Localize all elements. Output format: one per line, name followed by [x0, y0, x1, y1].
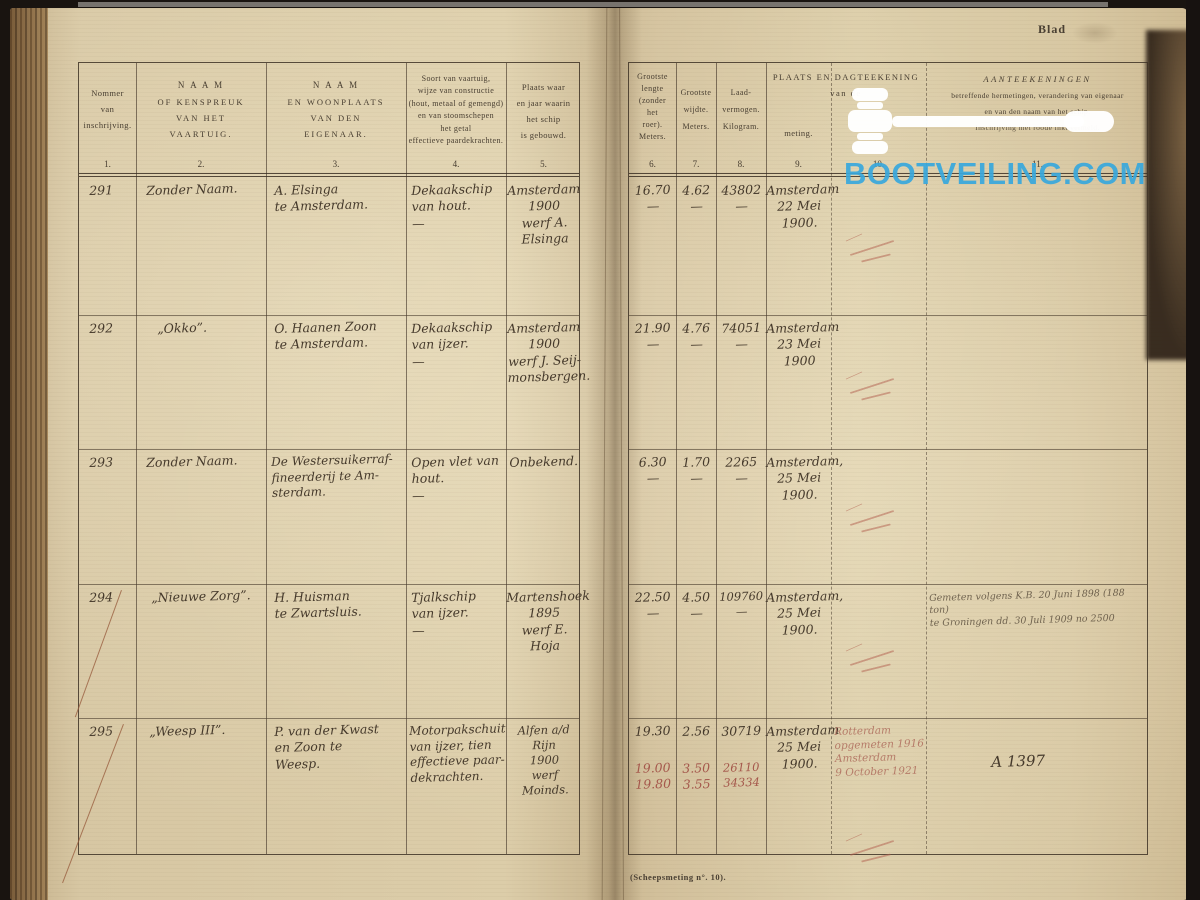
- vessel-name: „Nieuwe Zorg”.: [151, 586, 281, 606]
- row-rule: [629, 718, 1147, 719]
- load-value: 2265 —: [716, 454, 767, 488]
- vessel-type: Dekaakschip van hout. —: [411, 180, 512, 232]
- width-value: 4.50 —: [676, 589, 717, 623]
- header-col2-title: N A A M: [178, 80, 224, 90]
- row-rule: [79, 584, 579, 585]
- header-col2: OF KENSPREUK VAN HET VAARTUIG.: [157, 97, 244, 139]
- header-col7: Grootste wijdte. Meters.: [676, 85, 716, 135]
- owner: O. Haanen Zoon te Amsterdam.: [274, 317, 415, 353]
- built-place: Martenshoek 1895 werf E. Hoja: [506, 588, 583, 655]
- entry-number: 293: [89, 453, 146, 471]
- owner: De Westersuikerraf- fineerderij te Am- s…: [271, 451, 412, 502]
- row-rule: [629, 584, 1147, 585]
- blad-label: Blad: [1038, 22, 1066, 37]
- length-value: 16.70 —: [629, 182, 677, 216]
- row-rule: [79, 449, 579, 450]
- form-footer-note: (Scheepsmeting n°. 10).: [630, 872, 726, 882]
- vessel-type: Open vlet van hout. —: [411, 452, 512, 504]
- header-col3-title: N A A M: [313, 80, 359, 90]
- load-value: 43802 —: [716, 182, 767, 216]
- owner: P. van der Kwast en Zoon te Weesp.: [274, 720, 415, 773]
- measurement-place: Amsterdam, 25 Mei 1900.: [766, 588, 832, 639]
- column-number-7: 7.: [676, 159, 716, 169]
- gavel-icon: [846, 88, 1116, 158]
- entry-number: 292: [89, 319, 146, 337]
- built-place: Alfen a/d Rijn 1900 werf Moinds.: [506, 722, 583, 799]
- load-value: 30719: [716, 723, 766, 741]
- header-col4: Soort van vaartuig, wijze van constructi…: [406, 73, 506, 147]
- header-col1: Nommer van inschrijving.: [79, 85, 136, 133]
- length-value: 6.30 —: [629, 454, 677, 488]
- vessel-name: „Weesp III”.: [149, 720, 279, 740]
- load-value-red: 26110 34334: [716, 760, 767, 791]
- table-edge-highlight: [78, 2, 1108, 7]
- owner: H. Huisman te Zwartsluis.: [274, 586, 415, 622]
- built-place: Amsterdam 1900 werf A. Elsinga: [506, 181, 583, 248]
- header-col11-title: AANTEEKENINGEN: [983, 74, 1091, 84]
- vessel-type: Tjalkschip van ijzer. —: [411, 587, 512, 639]
- header-col5: Plaats waar en jaar waarin het schip is …: [506, 79, 581, 144]
- column-number-9: 9.: [766, 159, 831, 169]
- column-number-2: 2.: [136, 159, 266, 169]
- vessel-name: Zonder Naam.: [146, 451, 276, 471]
- watermark-text: BOOTVEILING.COM: [844, 156, 1146, 192]
- registration-mark: A 1397: [991, 751, 1045, 772]
- red-pencil-mark: [841, 371, 911, 411]
- owner: A. Elsinga te Amsterdam.: [274, 179, 415, 215]
- load-value: 109760 —: [716, 589, 767, 620]
- measurement-place: Amsterdam 22 Mei 1900.: [766, 181, 832, 232]
- register-table-left: Nommer van inschrijving. N A A MOF KENSP…: [78, 62, 580, 855]
- header-col8: Laad- vermogen. Kilogram.: [716, 85, 766, 135]
- red-pencil-mark: [841, 833, 911, 873]
- header-rule: [79, 173, 579, 174]
- column-number-6: 6.: [629, 159, 676, 169]
- load-value: 74051 —: [716, 320, 767, 354]
- vessel-name: „Okko”.: [157, 317, 287, 337]
- column-number-5: 5.: [506, 159, 581, 169]
- header-rule: [79, 176, 579, 177]
- strike-mark: [75, 590, 122, 717]
- column-number-1: 1.: [79, 159, 136, 169]
- red-pencil-mark: [841, 503, 911, 543]
- length-value: 21.90 —: [629, 320, 677, 354]
- measurement-place: Amsterdam 25 Mei 1900.: [766, 722, 832, 773]
- red-pencil-mark: [841, 643, 911, 683]
- header-col3: EN WOONPLAATS VAN DEN EIGENAAR.: [288, 97, 385, 139]
- vessel-type: Motorpakschuit van ijzer, tien effectiev…: [409, 721, 511, 786]
- measurement-place: Amsterdam 23 Mei 1900: [766, 319, 832, 370]
- header-col9: meting.: [766, 125, 831, 141]
- width-value-red: 3.50 3.55: [676, 760, 717, 794]
- header-col6: Grootste lengte (zonder het roer). Meter…: [629, 71, 676, 143]
- background-right: [1186, 0, 1200, 900]
- measurement-place: Amsterdam, 25 Mei 1900.: [766, 453, 832, 504]
- length-value: 22.50 —: [629, 589, 677, 623]
- row-rule: [629, 449, 1147, 450]
- column-number-8: 8.: [716, 159, 766, 169]
- built-place: Amsterdam 1900 werf J. Seij- monsbergen.: [506, 319, 583, 386]
- remeasurement-note-red: Rotterdam opgemeten 1916 Amsterdam 9 Oct…: [834, 723, 930, 780]
- width-value: 2.56: [676, 723, 716, 740]
- blad-number-smudge: [1072, 22, 1118, 44]
- length-value: 19.30: [629, 723, 676, 741]
- column-number-4: 4.: [406, 159, 506, 169]
- width-value: 4.76 —: [676, 320, 717, 354]
- row-rule: [79, 315, 579, 316]
- built-place: Onbekend.: [506, 453, 581, 471]
- row-rule: [629, 315, 1147, 316]
- entry-number: 291: [89, 181, 146, 199]
- length-value-red: 19.00 19.80: [629, 760, 677, 794]
- width-value: 1.70 —: [676, 454, 717, 488]
- book-page-edges: [10, 8, 48, 900]
- vessel-type: Dekaakschip van ijzer. —: [411, 318, 512, 370]
- width-value: 4.62 —: [676, 182, 717, 216]
- red-pencil-mark: [841, 233, 911, 273]
- row-rule: [79, 718, 579, 719]
- remeasurement-note: Gemeten volgens K.B. 20 Juni 1898 (188 t…: [929, 587, 1148, 630]
- column-number-3: 3.: [266, 159, 406, 169]
- vessel-name: Zonder Naam.: [146, 179, 276, 199]
